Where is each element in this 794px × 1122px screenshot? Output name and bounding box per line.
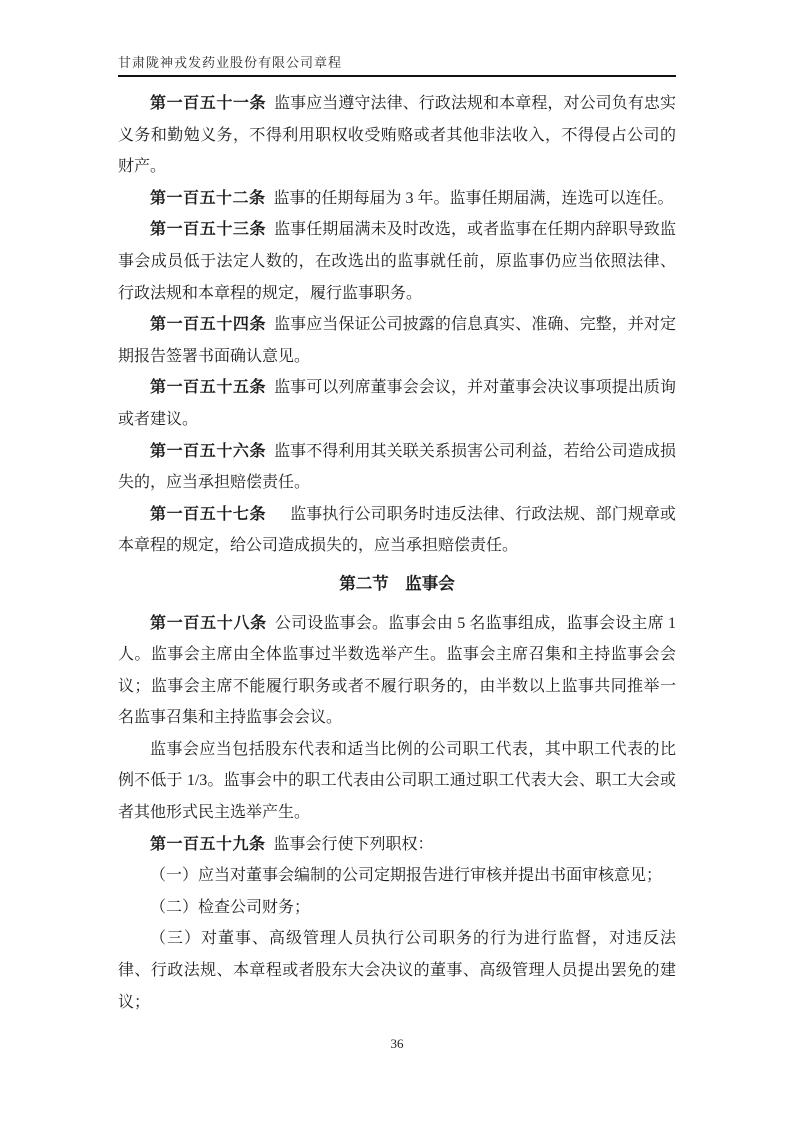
document-page: 甘肃陇神戎发药业股份有限公司章程 第一百五十一条监事应当遵守法律、行政法规和本章…: [0, 0, 794, 1122]
list-item-paragraph: （三）对董事、高级管理人员执行公司职务的行为进行监督，对违反法律、行政法规、本章…: [118, 923, 676, 1018]
article-paragraph: 第一百五十五条监事可以列席董事会会议，并对董事会决议事项提出质询或者建议。: [118, 372, 676, 435]
article-paragraph: 第一百五十八条公司设监事会。监事会由 5 名监事组成，监事会设主席 1 人。监事…: [118, 608, 676, 734]
article-number: 第一百五十三条: [150, 221, 266, 238]
article-number: 第一百五十五条: [150, 379, 266, 396]
article-number: 第一百五十九条: [150, 836, 266, 853]
article-number: 第一百五十四条: [150, 316, 266, 333]
article-paragraph: 第一百五十九条监事会行使下列职权：: [118, 829, 676, 861]
article-paragraph: 第一百五十七条 监事执行公司职务时违反法律、行政法规、部门规章或本章程的规定，给…: [118, 499, 676, 562]
page-header: 甘肃陇神戎发药业股份有限公司章程: [118, 52, 676, 77]
list-item-paragraph: （一）应当对董事会编制的公司定期报告进行审核并提出书面审核意见；: [118, 860, 676, 892]
page-number: 36: [391, 1036, 404, 1051]
section-heading: 第二节 监事会: [118, 568, 676, 600]
article-number: 第一百五十六条: [150, 443, 266, 460]
article-paragraph: 第一百五十三条监事任期届满未及时改选，或者监事在任期内辞职导致监事会成员低于法定…: [118, 214, 676, 309]
article-paragraph: 第一百五十六条监事不得利用其关联关系损害公司利益，若给公司造成损失的，应当承担赔…: [118, 436, 676, 499]
document-title: 甘肃陇神戎发药业股份有限公司章程: [118, 52, 676, 75]
article-paragraph: 第一百五十一条监事应当遵守法律、行政法规和本章程，对公司负有忠实义务和勤勉义务，…: [118, 88, 676, 183]
article-number: 第一百五十八条: [150, 615, 267, 632]
article-number: 第一百五十二条: [150, 190, 266, 207]
page-footer: 36: [0, 1036, 794, 1052]
list-item-paragraph: （二）检查公司财务；: [118, 892, 676, 924]
document-body: 第一百五十一条监事应当遵守法律、行政法规和本章程，对公司负有忠实义务和勤勉义务，…: [118, 88, 676, 1018]
article-paragraph: 第一百五十四条监事应当保证公司披露的信息真实、准确、完整，并对定期报告签署书面确…: [118, 309, 676, 372]
header-divider: [118, 75, 676, 77]
article-number: 第一百五十七条: [150, 506, 266, 523]
article-number: 第一百五十一条: [150, 95, 266, 112]
body-paragraph: 监事会应当包括股东代表和适当比例的公司职工代表，其中职工代表的比例不低于 1/3…: [118, 734, 676, 829]
article-paragraph: 第一百五十二条监事的任期每届为 3 年。监事任期届满，连选可以连任。: [118, 183, 676, 215]
